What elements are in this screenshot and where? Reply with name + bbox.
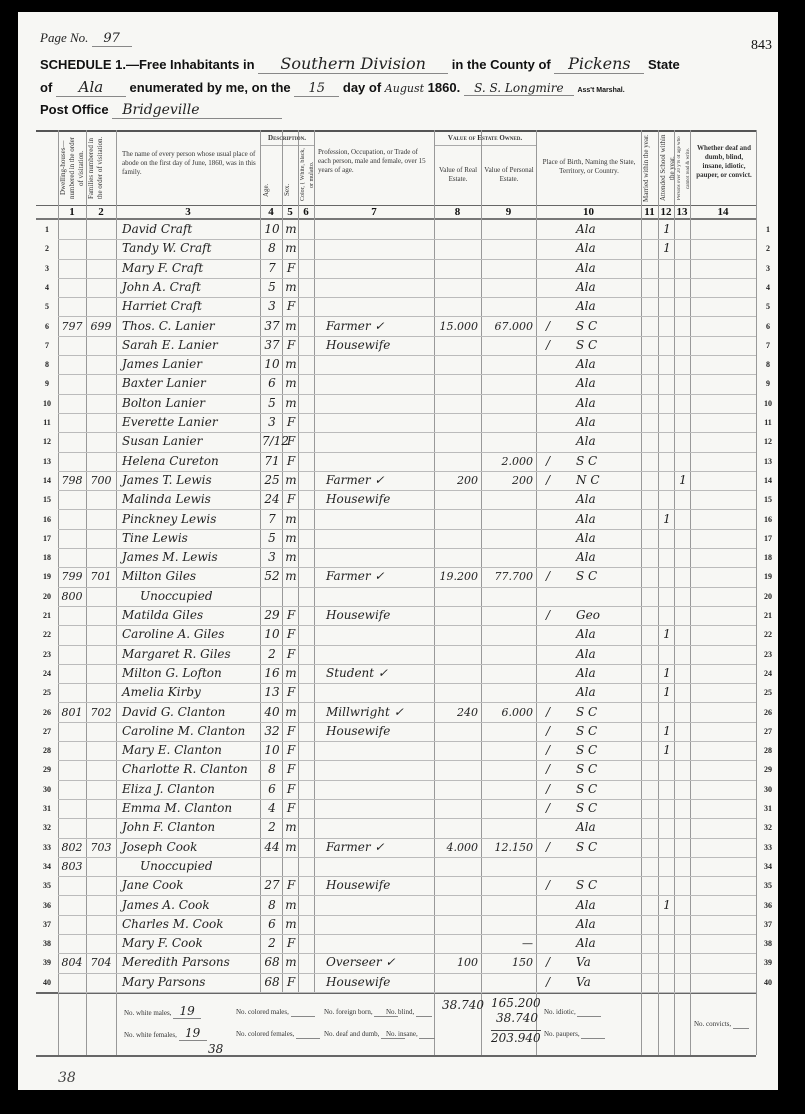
birthplace-mark	[540, 432, 556, 451]
family-number: 702	[86, 703, 116, 722]
line-number-right: 20	[758, 587, 778, 606]
birthplace: S C	[576, 876, 641, 895]
col-num-11: 11	[641, 206, 658, 218]
age: 8	[262, 896, 282, 915]
personal-estate-value: 6.000	[483, 703, 536, 722]
line-number-right: 1	[758, 220, 778, 239]
occupation	[326, 799, 434, 818]
attended-school	[660, 799, 674, 818]
sex: m	[284, 239, 298, 258]
attended-school	[660, 297, 674, 316]
table-row: 28Mary E. Clanton10F/S C128	[36, 741, 756, 760]
birthplace-mark	[540, 297, 556, 316]
table-row: 6797699Thos. C. Lanier37mFarmer ✓15.0006…	[36, 317, 756, 336]
birthplace-mark: /	[540, 760, 556, 779]
person-name: Unoccupied	[122, 587, 278, 606]
line-number-left: 5	[38, 297, 56, 316]
line-number-right: 34	[758, 857, 778, 876]
family-number	[86, 760, 116, 779]
person-name: Milton Giles	[122, 567, 260, 586]
family-number	[86, 220, 116, 239]
attended-school	[660, 645, 674, 664]
col-1-header: Dwelling-houses—numbered in the order of…	[59, 134, 85, 202]
personal-estate-subtotal-2: 38.740	[496, 1011, 538, 1025]
day-of-label: day of	[343, 80, 381, 95]
birthplace-mark	[540, 587, 556, 606]
sex: F	[284, 934, 298, 953]
attended-school	[660, 548, 674, 567]
personal-estate-value	[483, 432, 536, 451]
occupation	[326, 857, 434, 876]
line-number-right: 28	[758, 741, 778, 760]
table-row: 34803Unoccupied34	[36, 857, 756, 876]
foreign-born-label: No. foreign born,	[324, 1008, 373, 1016]
family-number: 703	[86, 838, 116, 857]
family-number	[86, 510, 116, 529]
person-name: Mary F. Craft	[122, 259, 260, 278]
birthplace-mark: /	[540, 838, 556, 857]
col-num-5: 5	[282, 206, 298, 218]
sex: m	[284, 471, 298, 490]
line-number-left: 7	[38, 336, 56, 355]
age: 37	[262, 317, 282, 336]
line-number-right: 13	[758, 452, 778, 471]
person-name: Tandy W. Craft	[122, 239, 260, 258]
real-estate-value	[436, 394, 481, 413]
dwelling-number	[58, 818, 86, 837]
col-num-8: 8	[434, 206, 481, 218]
page-no-value: 97	[92, 31, 132, 47]
birthplace-mark: /	[540, 471, 556, 490]
col-num-2: 2	[86, 206, 116, 218]
family-number	[86, 336, 116, 355]
birthplace-mark: /	[540, 953, 556, 972]
table-row: 31Emma M. Clanton4F/S C31	[36, 799, 756, 818]
attended-school	[660, 278, 674, 297]
table-row: 15Malinda Lewis24FHousewifeAla15	[36, 490, 756, 509]
attended-school	[660, 953, 674, 972]
age	[262, 587, 282, 606]
person-name: David G. Clanton	[122, 703, 260, 722]
real-estate-value	[436, 239, 481, 258]
occupation: Farmer ✓	[326, 838, 434, 857]
line-number-left: 8	[38, 355, 56, 374]
personal-estate-value	[483, 510, 536, 529]
colored-males-label: No. colored males,	[236, 1008, 289, 1016]
county-label: in the County of	[452, 57, 551, 72]
occupation: Student ✓	[326, 664, 434, 683]
sex: F	[284, 780, 298, 799]
birthplace-mark: /	[540, 452, 556, 471]
person-name: Meredith Parsons	[122, 953, 260, 972]
dwelling-number	[58, 355, 86, 374]
of-label: of	[40, 80, 52, 95]
line-number-right: 32	[758, 818, 778, 837]
birthplace: S C	[576, 317, 641, 336]
dwelling-number	[58, 297, 86, 316]
real-estate-value	[436, 490, 481, 509]
sex: m	[284, 529, 298, 548]
attended-school	[660, 259, 674, 278]
person-name: David Craft	[122, 220, 260, 239]
illiterate-mark	[676, 934, 690, 953]
line-number-right: 16	[758, 510, 778, 529]
line-number-left: 17	[38, 529, 56, 548]
person-name: Helena Cureton	[122, 452, 260, 471]
real-estate-value	[436, 973, 481, 992]
dwelling-number	[58, 645, 86, 664]
sex: F	[284, 799, 298, 818]
personal-estate-value: 12.150	[483, 838, 536, 857]
col-11-header: Married within the year.	[642, 134, 657, 202]
table-row: 37Charles M. Cook6mAla37	[36, 915, 756, 934]
dwelling-number: 801	[58, 703, 86, 722]
occupation: Farmer ✓	[326, 317, 434, 336]
occupation	[326, 780, 434, 799]
real-estate-value	[436, 896, 481, 915]
age	[262, 857, 282, 876]
line-number-left: 30	[38, 780, 56, 799]
birthplace: S C	[576, 722, 641, 741]
idiotic-label: No. idiotic,	[544, 1008, 576, 1016]
sex: F	[284, 490, 298, 509]
personal-estate-value	[483, 355, 536, 374]
sex: m	[284, 818, 298, 837]
occupation	[326, 297, 434, 316]
age: 68	[262, 953, 282, 972]
line-number-left: 11	[38, 413, 56, 432]
family-number: 704	[86, 953, 116, 972]
illiterate-mark	[676, 432, 690, 451]
birthplace: Ala	[576, 220, 641, 239]
dwelling-number	[58, 683, 86, 702]
person-name: Joseph Cook	[122, 838, 260, 857]
family-number	[86, 664, 116, 683]
family-number	[86, 741, 116, 760]
dwelling-number	[58, 876, 86, 895]
illiterate-mark	[676, 780, 690, 799]
col-13-header: Persons over 20 y'rs of age who cannot r…	[675, 134, 689, 202]
birthplace: Ala	[576, 529, 641, 548]
table-row: 30Eliza J. Clanton6F/S C30	[36, 780, 756, 799]
attended-school: 1	[660, 239, 674, 258]
colored-females-summary: No. colored females,	[236, 1030, 320, 1039]
birthplace-mark: /	[540, 317, 556, 336]
occupation	[326, 645, 434, 664]
table-row: 16Pinckney Lewis7mAla116	[36, 510, 756, 529]
sex: m	[284, 703, 298, 722]
real-estate-value	[436, 915, 481, 934]
attended-school	[660, 567, 674, 586]
person-name: James Lanier	[122, 355, 260, 374]
family-number	[86, 374, 116, 393]
line-number-left: 3	[38, 259, 56, 278]
col-4-header: Age.	[262, 178, 280, 202]
person-name: Thos. C. Lanier	[122, 317, 260, 336]
sex: F	[284, 432, 298, 451]
birthplace	[576, 587, 641, 606]
line-number-left: 1	[38, 220, 56, 239]
real-estate-value	[436, 645, 481, 664]
birthplace: S C	[576, 799, 641, 818]
family-number	[86, 799, 116, 818]
person-name: Milton G. Lofton	[122, 664, 260, 683]
birthplace: S C	[576, 567, 641, 586]
personal-estate-value: 67.000	[483, 317, 536, 336]
family-number	[86, 490, 116, 509]
personal-estate-value	[483, 297, 536, 316]
line-number-left: 18	[38, 548, 56, 567]
line-number-right: 3	[758, 259, 778, 278]
line-number-right: 24	[758, 664, 778, 683]
real-estate-value	[436, 278, 481, 297]
personal-estate-value	[483, 336, 536, 355]
person-name: Mary E. Clanton	[122, 741, 260, 760]
line-number-right: 15	[758, 490, 778, 509]
line-number-left: 39	[38, 953, 56, 972]
personal-estate-value	[483, 606, 536, 625]
age: 10	[262, 741, 282, 760]
personal-estate-value	[483, 876, 536, 895]
sex: F	[284, 452, 298, 471]
dwelling-number	[58, 548, 86, 567]
line-number-left: 16	[38, 510, 56, 529]
insane-label: No. insane,	[386, 1030, 418, 1038]
line-number-right: 40	[758, 973, 778, 992]
real-estate-value	[436, 413, 481, 432]
dwelling-number	[58, 452, 86, 471]
dwelling-number	[58, 374, 86, 393]
table-row: 36James A. Cook8mAla136	[36, 896, 756, 915]
line-number-right: 35	[758, 876, 778, 895]
line-number-right: 4	[758, 278, 778, 297]
post-office-value: Bridgeville	[112, 102, 282, 119]
attended-school: 1	[660, 664, 674, 683]
occupation	[326, 818, 434, 837]
real-estate-value: 4.000	[436, 838, 481, 857]
real-estate-value	[436, 220, 481, 239]
birthplace-mark	[540, 683, 556, 702]
illiterate-mark	[676, 259, 690, 278]
sex: m	[284, 548, 298, 567]
age: 24	[262, 490, 282, 509]
birthplace-mark: /	[540, 336, 556, 355]
birthplace-mark: /	[540, 722, 556, 741]
personal-estate-value	[483, 278, 536, 297]
attended-school	[660, 432, 674, 451]
real-estate-value	[436, 934, 481, 953]
age: 52	[262, 567, 282, 586]
col-14-header: Whether deaf and dumb, blind, insane, id…	[694, 144, 754, 180]
birthplace-mark: /	[540, 741, 556, 760]
dwelling-number: 797	[58, 317, 86, 336]
white-males-summary: No. white males, 19	[124, 1004, 201, 1019]
estate-group-header: Value of Estate Owned.	[434, 134, 536, 143]
age: 2	[262, 818, 282, 837]
dwelling-number	[58, 799, 86, 818]
illiterate-mark	[676, 741, 690, 760]
idiotic-summary: No. idiotic,	[544, 1008, 601, 1017]
col-num-4: 4	[260, 206, 282, 218]
illiterate-mark: 1	[676, 471, 690, 490]
occupation: Overseer ✓	[326, 953, 434, 972]
schedule-line: SCHEDULE 1.—Free Inhabitants in Southern…	[40, 54, 680, 74]
attended-school	[660, 780, 674, 799]
col-7-header: Profession, Occupation, or Trade of each…	[318, 148, 430, 175]
schedule-label: SCHEDULE 1.—Free Inhabitants in	[40, 57, 255, 72]
convicts-label: No. convicts,	[694, 1020, 731, 1028]
post-office-label: Post Office	[40, 102, 109, 117]
family-number	[86, 606, 116, 625]
age: 6	[262, 780, 282, 799]
illiterate-mark	[676, 915, 690, 934]
age: 71	[262, 452, 282, 471]
age: 7/12	[262, 432, 282, 451]
col-num-9: 9	[481, 206, 536, 218]
family-number	[86, 780, 116, 799]
age: 25	[262, 471, 282, 490]
description-group-header: Description.	[260, 134, 314, 143]
personal-estate-value	[483, 587, 536, 606]
line-number-right: 31	[758, 799, 778, 818]
illiterate-mark	[676, 220, 690, 239]
dwelling-number: 803	[58, 857, 86, 876]
occupation	[326, 278, 434, 297]
white-females-label: No. white females,	[124, 1031, 177, 1039]
sex: F	[284, 413, 298, 432]
line-number-right: 17	[758, 529, 778, 548]
occupation	[326, 683, 434, 702]
dwelling-number	[58, 259, 86, 278]
real-estate-value	[436, 741, 481, 760]
real-estate-value	[436, 606, 481, 625]
line-number-right: 11	[758, 413, 778, 432]
occupation	[326, 374, 434, 393]
table-row: 23Margaret R. Giles2FAla23	[36, 645, 756, 664]
personal-estate-value	[483, 722, 536, 741]
dwelling-number	[58, 278, 86, 297]
real-estate-total: 38.740	[442, 998, 484, 1012]
occupation	[326, 915, 434, 934]
personal-estate-value	[483, 394, 536, 413]
county-value: Pickens	[554, 54, 644, 74]
line-number-right: 12	[758, 432, 778, 451]
line-number-left: 2	[38, 239, 56, 258]
col-12-header: Attended School within the year.	[659, 134, 673, 202]
sex	[284, 857, 298, 876]
dwelling-number	[58, 432, 86, 451]
line-number-right: 10	[758, 394, 778, 413]
occupation: Farmer ✓	[326, 471, 434, 490]
age: 13	[262, 683, 282, 702]
occupation	[326, 548, 434, 567]
personal-estate-value	[483, 548, 536, 567]
line-number-right: 6	[758, 317, 778, 336]
attended-school	[660, 606, 674, 625]
family-number	[86, 239, 116, 258]
insane-summary: No. insane,	[386, 1030, 435, 1039]
table-row: 5Harriet Craft3FAla5	[36, 297, 756, 316]
enumerated-label: enumerated by me, on the	[130, 80, 291, 95]
paupers-summary: No. paupers,	[544, 1030, 605, 1039]
sex: m	[284, 510, 298, 529]
birthplace-mark	[540, 510, 556, 529]
colored-males-summary: No. colored males,	[236, 1008, 315, 1017]
age: 16	[262, 664, 282, 683]
table-row: 24Milton G. Lofton16mStudent ✓Ala124	[36, 664, 756, 683]
sex: m	[284, 278, 298, 297]
birthplace: N C	[576, 471, 641, 490]
age: 10	[262, 625, 282, 644]
line-number-left: 14	[38, 471, 56, 490]
dwelling-number	[58, 722, 86, 741]
sex: m	[284, 374, 298, 393]
dwelling-number	[58, 741, 86, 760]
attended-school	[660, 876, 674, 895]
dwelling-number	[58, 239, 86, 258]
personal-estate-value	[483, 413, 536, 432]
line-number-left: 6	[38, 317, 56, 336]
attended-school	[660, 413, 674, 432]
person-name: Unoccupied	[122, 857, 278, 876]
sex: F	[284, 606, 298, 625]
real-estate-value	[436, 683, 481, 702]
birthplace: Ala	[576, 664, 641, 683]
col-5-header: Sex.	[283, 178, 297, 202]
col-num-12: 12	[658, 206, 674, 218]
attended-school	[660, 471, 674, 490]
sex: m	[284, 220, 298, 239]
birthplace-mark	[540, 394, 556, 413]
convicts-summary: No. convicts,	[694, 1020, 749, 1029]
birthplace-mark	[540, 374, 556, 393]
dwelling-number	[58, 625, 86, 644]
line-number-right: 7	[758, 336, 778, 355]
person-name: Tine Lewis	[122, 529, 260, 548]
sex: m	[284, 896, 298, 915]
dwelling-number: 800	[58, 587, 86, 606]
personal-estate-value	[483, 664, 536, 683]
birthplace: S C	[576, 703, 641, 722]
age: 32	[262, 722, 282, 741]
illiterate-mark	[676, 606, 690, 625]
birthplace: Ala	[576, 818, 641, 837]
birthplace: Ala	[576, 259, 641, 278]
table-row: 7Sarah E. Lanier37FHousewife/S C7	[36, 336, 756, 355]
real-estate-value	[436, 548, 481, 567]
line-number-right: 26	[758, 703, 778, 722]
sex: F	[284, 625, 298, 644]
birthplace-mark	[540, 645, 556, 664]
family-number	[86, 529, 116, 548]
birthplace-mark: /	[540, 606, 556, 625]
real-estate-value	[436, 355, 481, 374]
family-number	[86, 548, 116, 567]
attended-school	[660, 490, 674, 509]
person-name: Mary Parsons	[122, 973, 260, 992]
family-number: 700	[86, 471, 116, 490]
occupation	[326, 587, 434, 606]
illiterate-mark	[676, 838, 690, 857]
birthplace: Ala	[576, 645, 641, 664]
birthplace-mark: /	[540, 799, 556, 818]
sex: F	[284, 973, 298, 992]
illiterate-mark	[676, 799, 690, 818]
attended-school: 1	[660, 510, 674, 529]
line-number-left: 23	[38, 645, 56, 664]
person-name: Caroline M. Clanton	[122, 722, 260, 741]
illiterate-mark	[676, 336, 690, 355]
